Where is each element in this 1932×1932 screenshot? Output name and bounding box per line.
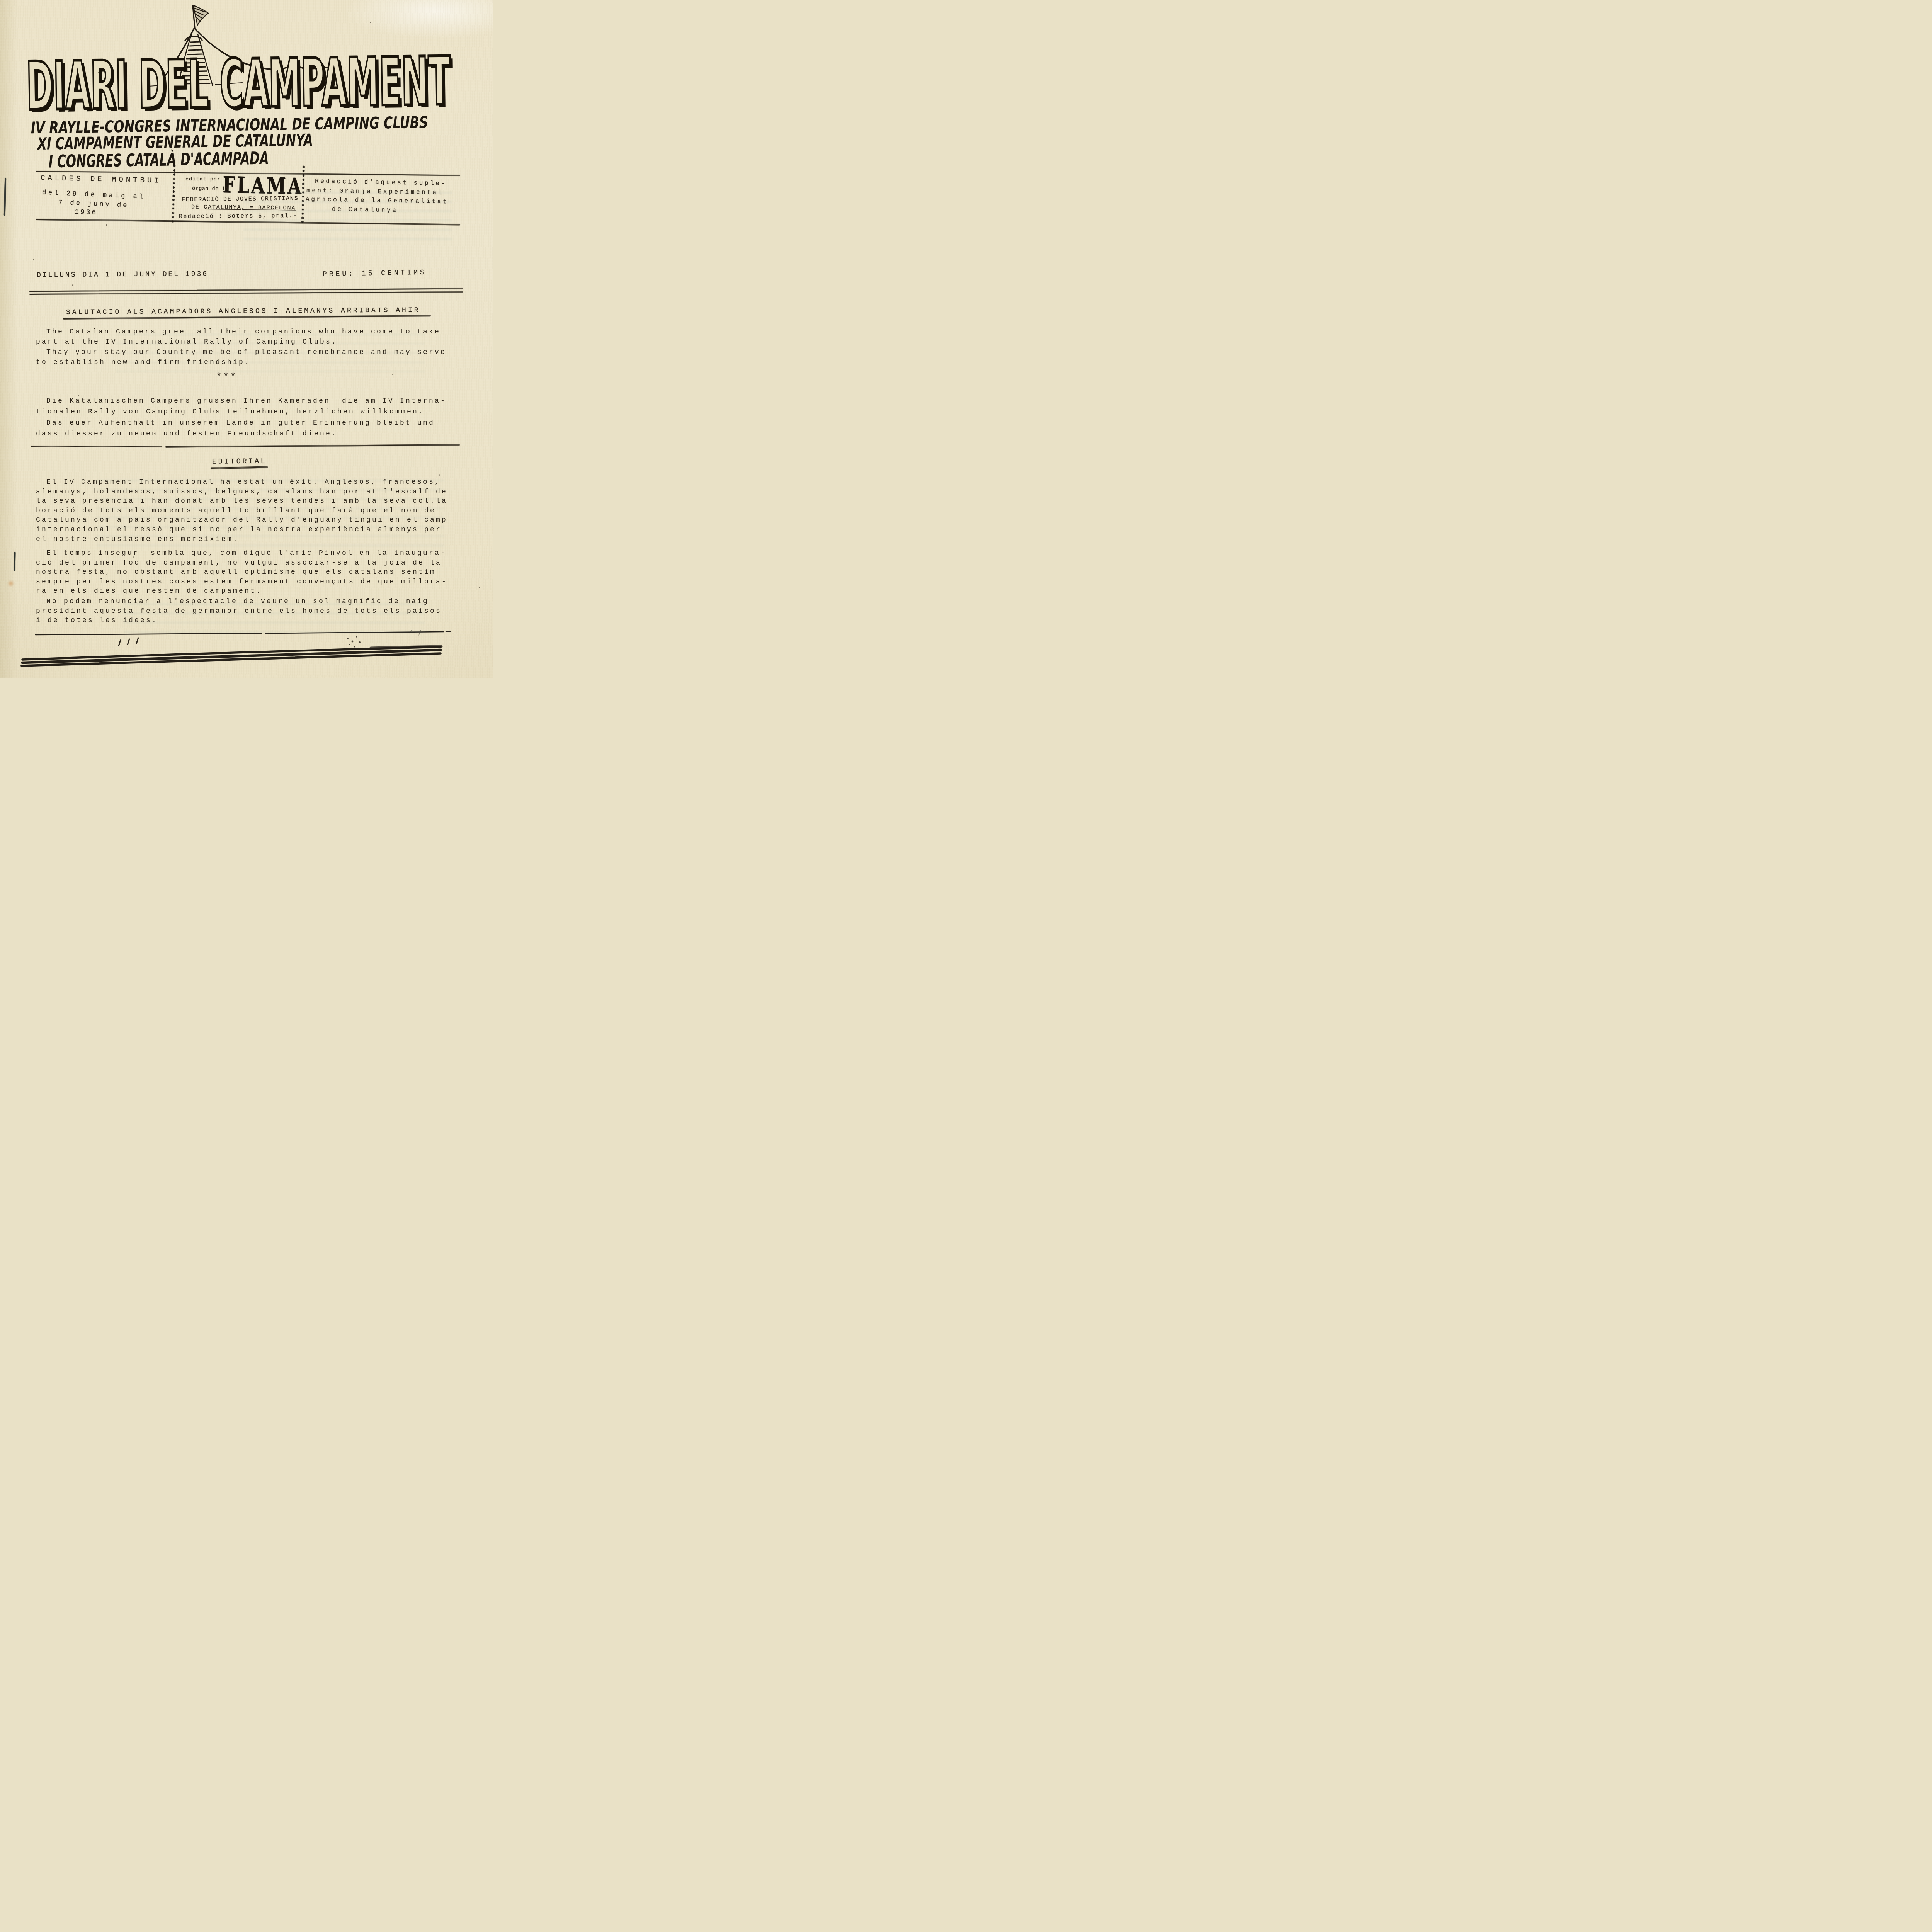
paper-speck bbox=[420, 50, 420, 51]
editorial-line: sempre per les nostres coses estem ferma… bbox=[36, 577, 447, 587]
infobox-period-line-2: 7 de juny de bbox=[58, 199, 129, 209]
masthead-title-text: DIARI DEL CAMPAMENT bbox=[26, 43, 451, 116]
paper-speck bbox=[427, 272, 427, 274]
german-line: dass diesser zu neuen und festen Freunds… bbox=[36, 429, 446, 439]
german-line: Die Katalanischen Campers grüssen Ihren … bbox=[36, 396, 446, 406]
supplement-line-1: Redacció d'aquest suple- bbox=[315, 178, 447, 187]
editorial-line: nostra festa, no obstant amb aquell opti… bbox=[36, 568, 447, 577]
editorial-line: El temps insegur sembla que, com digué l… bbox=[36, 549, 447, 558]
editorial-line: El IV Campament Internacional ha estat u… bbox=[36, 478, 447, 487]
dateline-date: DILLUNS DIA 1 DE JUNY DEL 1936 bbox=[37, 270, 208, 279]
editorial-line: alemanys, holandesos, suissos, belgues, … bbox=[36, 487, 447, 497]
supplement-line-4: de Catalunya bbox=[332, 206, 398, 214]
german-line: Das euer Aufenthalt in unserem Lande in … bbox=[36, 418, 446, 429]
editorial-paragraph-2: El temps insegur sembla que, com digué l… bbox=[36, 549, 447, 596]
masthead-subtitles: IV RAYLLE-CONGRES INTERNACIONAL DE CAMPI… bbox=[0, 109, 493, 173]
paper-speck bbox=[78, 395, 79, 396]
english-line: part at the IV International Rally of Ca… bbox=[36, 337, 446, 347]
bottom-rules bbox=[0, 630, 493, 678]
paper-speck bbox=[370, 22, 371, 23]
paper-speck bbox=[154, 433, 155, 434]
editorial-line: boració de tots els moments aquell to br… bbox=[36, 506, 447, 516]
english-greeting: The Catalan Campers greet all their comp… bbox=[36, 327, 446, 367]
section-rule-right bbox=[165, 444, 460, 447]
infobox-place: CALDES DE MONTBUI bbox=[41, 173, 162, 185]
paper-speck bbox=[106, 224, 107, 226]
infobox-federation: FEDERACIÓ DE JOVES CRISTIANS bbox=[182, 195, 299, 203]
german-line: tionalen Rally von Camping Clubs teilneh… bbox=[36, 406, 446, 417]
supplement-line-3: Agrícola de la Generalitat bbox=[306, 196, 449, 205]
editorial-line: ció del primer foc de campament, no vulg… bbox=[36, 558, 447, 568]
editorial-line: presidint aquesta festa de germanor entr… bbox=[36, 607, 442, 616]
editorial-line: No podem renunciar a l'espectacle de veu… bbox=[36, 597, 442, 607]
editorial-line: i de totes les idees. bbox=[36, 616, 442, 626]
paper-speck bbox=[98, 72, 99, 73]
salutation-heading: SALUTACIO ALS ACAMPADORS ANGLESOS I ALEM… bbox=[66, 306, 420, 316]
rust-stain bbox=[8, 580, 14, 587]
paper-speck bbox=[392, 374, 393, 375]
margin-ink-mark-2 bbox=[14, 552, 15, 571]
editorial-line: internacional el ressò que si no per la … bbox=[36, 525, 447, 535]
german-greeting: Die Katalanischen Campers grüssen Ihren … bbox=[36, 396, 446, 440]
editorial-underline bbox=[211, 466, 268, 469]
infobox: ✱✱✱✱✱✱✱✱✱✱✱✱✱✱ ✱✱✱✱✱✱✱✱✱✱✱✱✱✱ CALDES DE … bbox=[36, 169, 461, 223]
paper-speck bbox=[479, 587, 480, 588]
paper-speck bbox=[133, 556, 134, 558]
infobox-period-line-3: 1936 bbox=[75, 208, 98, 217]
dateline-price: PREU: 15 CENTIMS bbox=[323, 269, 427, 279]
editorial-paragraph-3: No podem renunciar a l'espectacle de veu… bbox=[36, 597, 442, 626]
paper-speck bbox=[33, 259, 34, 260]
margin-ink-mark-1 bbox=[4, 178, 6, 216]
double-rule-bottom bbox=[29, 291, 463, 295]
paper-speck bbox=[72, 284, 73, 286]
editorial-line: rà en els dies que resten de campament. bbox=[36, 587, 447, 596]
infobox-bottom-rule bbox=[36, 219, 460, 225]
paper-speck bbox=[176, 339, 177, 340]
english-line: to establish new and firm friendship. bbox=[36, 357, 446, 367]
english-line: Thay your stay our Country me be of plea… bbox=[36, 347, 446, 357]
supplement-line-2: ment: Granja Experimental bbox=[306, 187, 444, 196]
editorial-line: Catalunya com a pais organitzador del Ra… bbox=[36, 515, 447, 525]
section-rule-left bbox=[31, 446, 162, 447]
infobox-period-line-1: del 29 de maig al bbox=[42, 189, 145, 201]
editorial-paragraph-1: El IV Campament Internacional ha estat u… bbox=[36, 478, 447, 544]
editorial-line: la seva presència i han donat amb les se… bbox=[36, 497, 447, 506]
infobox-edited-by: editat per bbox=[185, 177, 221, 182]
infobox-city: DE CATALUNYA, = BARCELONA bbox=[191, 204, 296, 212]
paper-speck bbox=[439, 474, 440, 476]
subtitle-line-3: I CONGRES CATALÀ D'ACAMPADA bbox=[48, 148, 269, 172]
ink-smudge bbox=[347, 636, 361, 647]
infobox-organ: órgan de la bbox=[192, 186, 229, 192]
infobox-redaction: Redacció : Boters 6, pral.- bbox=[179, 213, 298, 220]
editorial-heading: EDITORIAL bbox=[212, 457, 267, 466]
asterisk-separator: *** bbox=[216, 372, 238, 381]
editorial-line: el nostre entusiasme ens mereixiem. bbox=[36, 535, 447, 544]
masthead-title: DIARI DEL CAMPAMENT DIARI DEL CAMPAMENT bbox=[0, 37, 493, 116]
english-line: The Catalan Campers greet all their comp… bbox=[36, 327, 446, 337]
infobox-divider-left: ✱✱✱✱✱✱✱✱✱✱✱✱✱✱ bbox=[170, 163, 177, 223]
scanned-newsletter-page: DIARI DEL CAMPAMENT DIARI DEL CAMPAMENT … bbox=[0, 0, 493, 678]
